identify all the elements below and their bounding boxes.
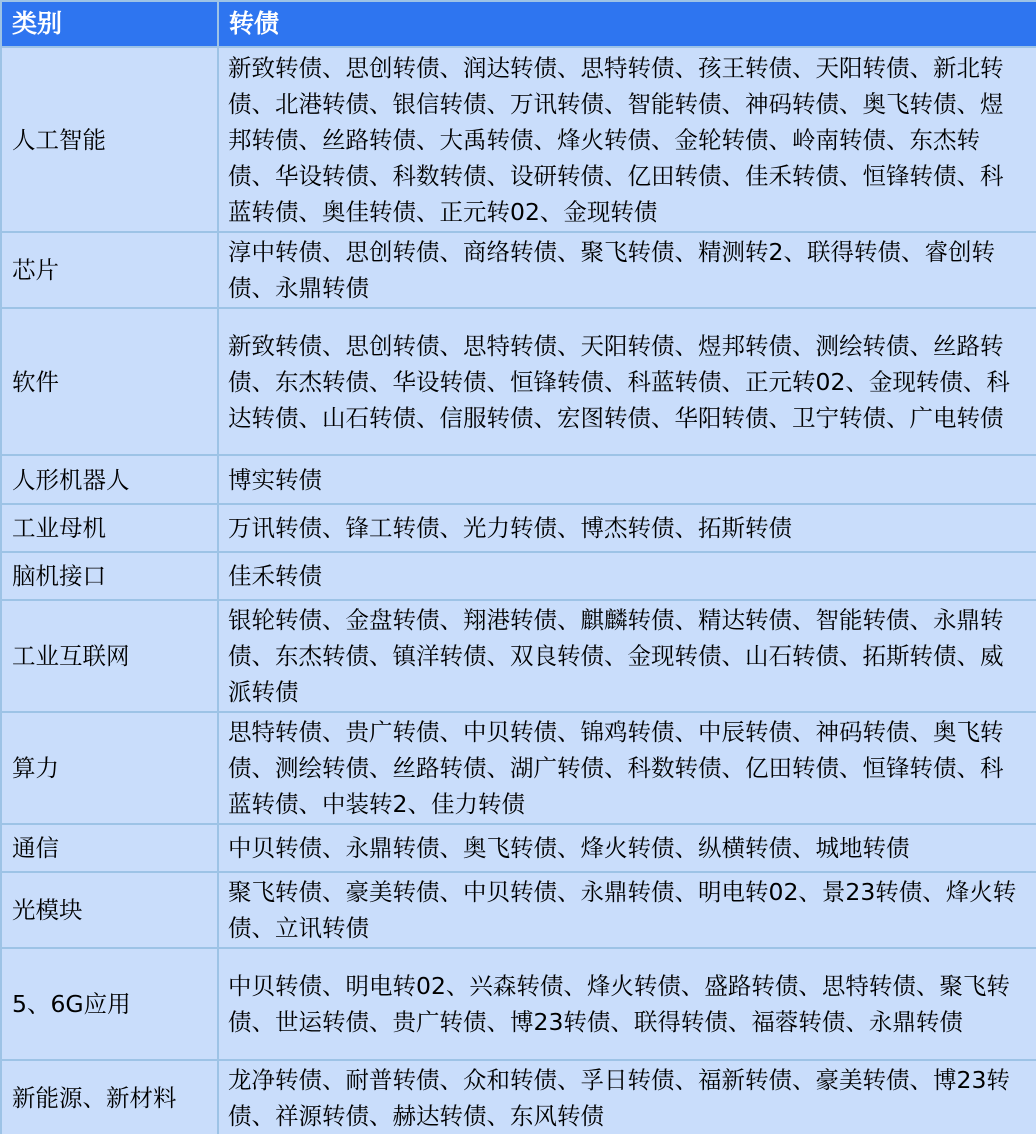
category-cell: 光模块 xyxy=(1,872,218,948)
category-cell: 脑机接口 xyxy=(1,552,218,600)
category-cell: 人形机器人 xyxy=(1,455,218,504)
convertible-bond-category-table: 类别 转债 人工智能 新致转债、思创转债、润达转债、思特转债、孩王转债、天阳转债… xyxy=(0,0,1036,1134)
table-row: 新能源、新材料 龙净转债、耐普转债、众和转债、孚日转债、福新转债、豪美转债、博2… xyxy=(1,1060,1036,1134)
bonds-cell: 淳中转债、思创转债、商络转债、聚飞转债、精测转2、联得转债、睿创转债、永鼎转债 xyxy=(218,232,1036,308)
bonds-cell: 中贝转债、明电转02、兴森转债、烽火转债、盛路转债、思特转债、聚飞转债、世运转债… xyxy=(218,948,1036,1060)
bonds-cell: 聚飞转债、豪美转债、中贝转债、永鼎转债、明电转02、景23转债、烽火转债、立讯转… xyxy=(218,872,1036,948)
table-row: 芯片 淳中转债、思创转债、商络转债、聚飞转债、精测转2、联得转债、睿创转债、永鼎… xyxy=(1,232,1036,308)
table-row: 通信 中贝转债、永鼎转债、奥飞转债、烽火转债、纵横转债、城地转债 xyxy=(1,824,1036,872)
category-cell: 算力 xyxy=(1,712,218,824)
category-cell: 新能源、新材料 xyxy=(1,1060,218,1134)
category-cell: 软件 xyxy=(1,308,218,455)
category-cell: 芯片 xyxy=(1,232,218,308)
bonds-cell: 银轮转债、金盘转债、翔港转债、麒麟转债、精达转债、智能转债、永鼎转债、东杰转债、… xyxy=(218,600,1036,712)
header-category: 类别 xyxy=(1,1,218,47)
category-cell: 人工智能 xyxy=(1,47,218,232)
bonds-cell: 佳禾转债 xyxy=(218,552,1036,600)
header-bonds: 转债 xyxy=(218,1,1036,47)
bonds-cell: 博实转债 xyxy=(218,455,1036,504)
table-row: 算力 思特转债、贵广转债、中贝转债、锦鸡转债、中辰转债、神码转债、奥飞转债、测绘… xyxy=(1,712,1036,824)
category-cell: 工业互联网 xyxy=(1,600,218,712)
table-row: 人形机器人 博实转债 xyxy=(1,455,1036,504)
category-cell: 通信 xyxy=(1,824,218,872)
bonds-cell: 新致转债、思创转债、思特转债、天阳转债、煜邦转债、测绘转债、丝路转债、东杰转债、… xyxy=(218,308,1036,455)
table-row: 工业互联网 银轮转债、金盘转债、翔港转债、麒麟转债、精达转债、智能转债、永鼎转债… xyxy=(1,600,1036,712)
table-row: 人工智能 新致转债、思创转债、润达转债、思特转债、孩王转债、天阳转债、新北转债、… xyxy=(1,47,1036,232)
table-row: 5、6G应用 中贝转债、明电转02、兴森转债、烽火转债、盛路转债、思特转债、聚飞… xyxy=(1,948,1036,1060)
table-row: 软件 新致转债、思创转债、思特转债、天阳转债、煜邦转债、测绘转债、丝路转债、东杰… xyxy=(1,308,1036,455)
table-row: 工业母机 万讯转债、锋工转债、光力转债、博杰转债、拓斯转债 xyxy=(1,504,1036,552)
bonds-cell: 中贝转债、永鼎转债、奥飞转债、烽火转债、纵横转债、城地转债 xyxy=(218,824,1036,872)
category-cell: 5、6G应用 xyxy=(1,948,218,1060)
bonds-cell: 思特转债、贵广转债、中贝转债、锦鸡转债、中辰转债、神码转债、奥飞转债、测绘转债、… xyxy=(218,712,1036,824)
bonds-cell: 龙净转债、耐普转债、众和转债、孚日转债、福新转债、豪美转债、博23转债、祥源转债… xyxy=(218,1060,1036,1134)
header-row: 类别 转债 xyxy=(1,1,1036,47)
bonds-cell: 万讯转债、锋工转债、光力转债、博杰转债、拓斯转债 xyxy=(218,504,1036,552)
category-cell: 工业母机 xyxy=(1,504,218,552)
table-row: 脑机接口 佳禾转债 xyxy=(1,552,1036,600)
bonds-cell: 新致转债、思创转债、润达转债、思特转债、孩王转债、天阳转债、新北转债、北港转债、… xyxy=(218,47,1036,232)
table-row: 光模块 聚飞转债、豪美转债、中贝转债、永鼎转债、明电转02、景23转债、烽火转债… xyxy=(1,872,1036,948)
